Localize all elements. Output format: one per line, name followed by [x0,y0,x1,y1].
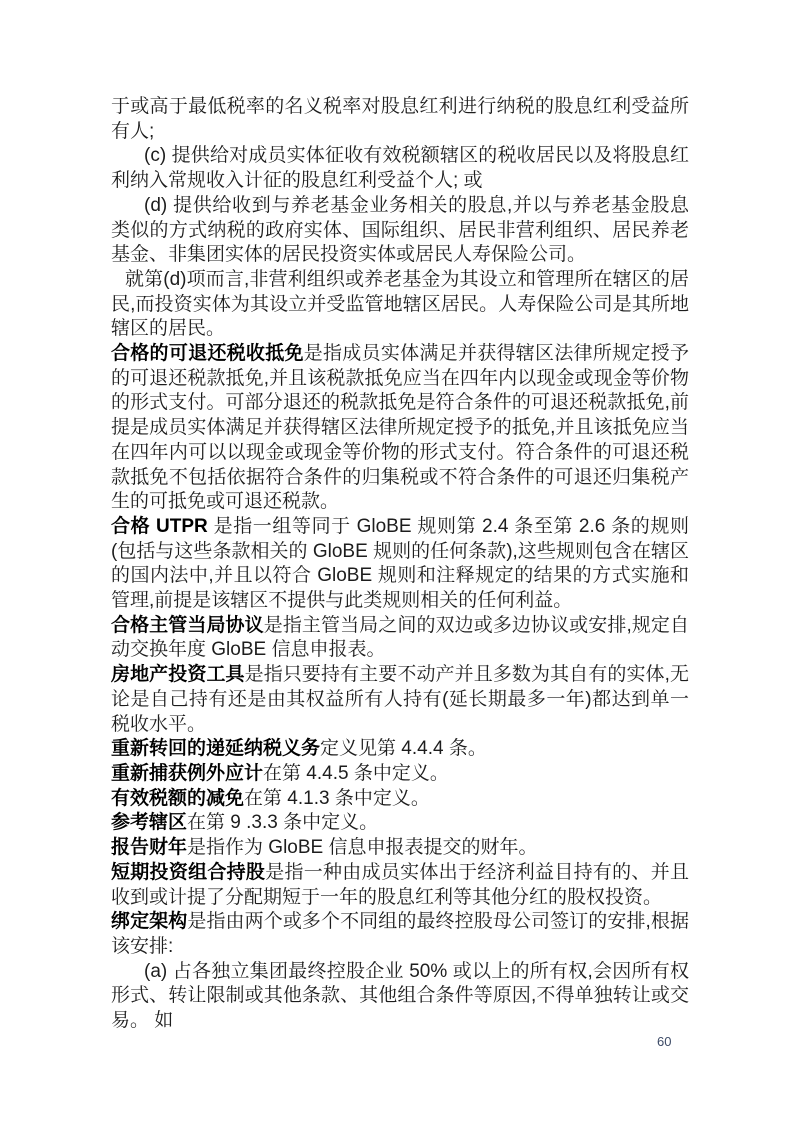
definition-paragraph: 短期投资组合持股是指一种由成员实体出于经济利益目持有的、并且收到或计提了分配期短… [111,861,689,910]
definition-term: 重新捕获例外应计 [111,763,263,784]
definition-paragraph: 重新转回的递延纳税义务定义见第 4.4.4 条。 [111,737,689,762]
definition-term: 有效税额的减免 [111,788,244,809]
paragraph-text: 于或高于最低税率的名义税率对股息红利进行纳税的股息红利受益所有人; [111,96,689,142]
paragraph-text: 是指作为 GloBE 信息申报表提交的财年。 [187,837,537,858]
definition-term: 短期投资组合持股 [111,862,265,883]
continuation-paragraph: 于或高于最低税率的名义税率对股息红利进行纳税的股息红利受益所有人; [111,95,689,144]
definition-term: 合格的可退还税收抵免 [111,343,304,364]
definition-term: 合格 UTPR [111,516,208,537]
definition-paragraph: 重新捕获例外应计在第 4.4.5 条中定义。 [111,762,689,787]
paragraph-text: (d) 提供给收到与养老基金业务相关的股息,并以与养老基金股息类似的方式纳税的政… [111,195,689,265]
definition-paragraph: 报告财年是指作为 GloBE 信息申报表提交的财年。 [111,836,689,861]
definition-term: 合格主管当局协议 [111,615,264,636]
definition-paragraph: 合格主管当局协议是指主管当局之间的双边或多边协议或安排,规定自动交换年度 Glo… [111,614,689,663]
definition-paragraph: 参考辖区在第 9 .3.3 条中定义。 [111,811,689,836]
paragraph-text: (c) 提供给对成员实体征收有效税额辖区的税收居民以及将股息红利纳入常规收入计征… [111,145,689,191]
definition-term: 报告财年 [111,837,187,858]
definition-paragraph: 绑定架构是指由两个或多个不同组的最终控股母公司签订的安排,根据该安排: [111,910,689,959]
definition-term: 重新转回的递延纳税义务 [111,738,320,759]
paragraph-text: 是指成员实体满足并获得辖区法律所规定授予的可退还税款抵免,并且该税款抵免应当在四… [111,343,689,512]
list-item-a: (a) 占各独立集团最终控股企业 50% 或以上的所有权,会因所有权形式、转让限… [111,960,689,1034]
page-number: 60 [657,1034,671,1050]
paragraph-text: 就第(d)项而言,非营利组织或养老基金为其设立和管理所在辖区的居民,而投资实体为… [111,269,689,339]
paragraph-text: 是指由两个或多个不同组的最终控股母公司签订的安排,根据该安排: [111,911,689,957]
page-body-text: 于或高于最低税率的名义税率对股息红利进行纳税的股息红利受益所有人; (c) 提供… [111,95,689,1034]
document-page: 于或高于最低税率的名义税率对股息红利进行纳税的股息红利受益所有人; (c) 提供… [0,0,794,1123]
body-paragraph: 就第(d)项而言,非营利组织或养老基金为其设立和管理所在辖区的居民,而投资实体为… [111,268,689,342]
list-item-d: (d) 提供给收到与养老基金业务相关的股息,并以与养老基金股息类似的方式纳税的政… [111,194,689,268]
definition-paragraph: 房地产投资工具是指只要持有主要不动产并且多数为其自有的实体,无论是自己持有还是由… [111,663,689,737]
definition-paragraph: 合格 UTPR 是指一组等同于 GloBE 规则第 2.4 条至第 2.6 条的… [111,515,689,614]
paragraph-text: 在第 9 .3.3 条中定义。 [187,812,378,833]
definition-paragraph: 合格的可退还税收抵免是指成员实体满足并获得辖区法律所规定授予的可退还税款抵免,并… [111,342,689,515]
paragraph-text: 定义见第 4.4.4 条。 [320,738,487,759]
definition-paragraph: 有效税额的减免在第 4.1.3 条中定义。 [111,787,689,812]
list-item-c: (c) 提供给对成员实体征收有效税额辖区的税收居民以及将股息红利纳入常规收入计征… [111,144,689,193]
definition-term: 参考辖区 [111,812,187,833]
definition-term: 绑定架构 [111,911,187,932]
paragraph-text: 在第 4.4.5 条中定义。 [263,763,449,784]
paragraph-text: 在第 4.1.3 条中定义。 [244,788,430,809]
definition-term: 房地产投资工具 [111,664,245,685]
paragraph-text: (a) 占各独立集团最终控股企业 50% 或以上的所有权,会因所有权形式、转让限… [111,961,689,1031]
